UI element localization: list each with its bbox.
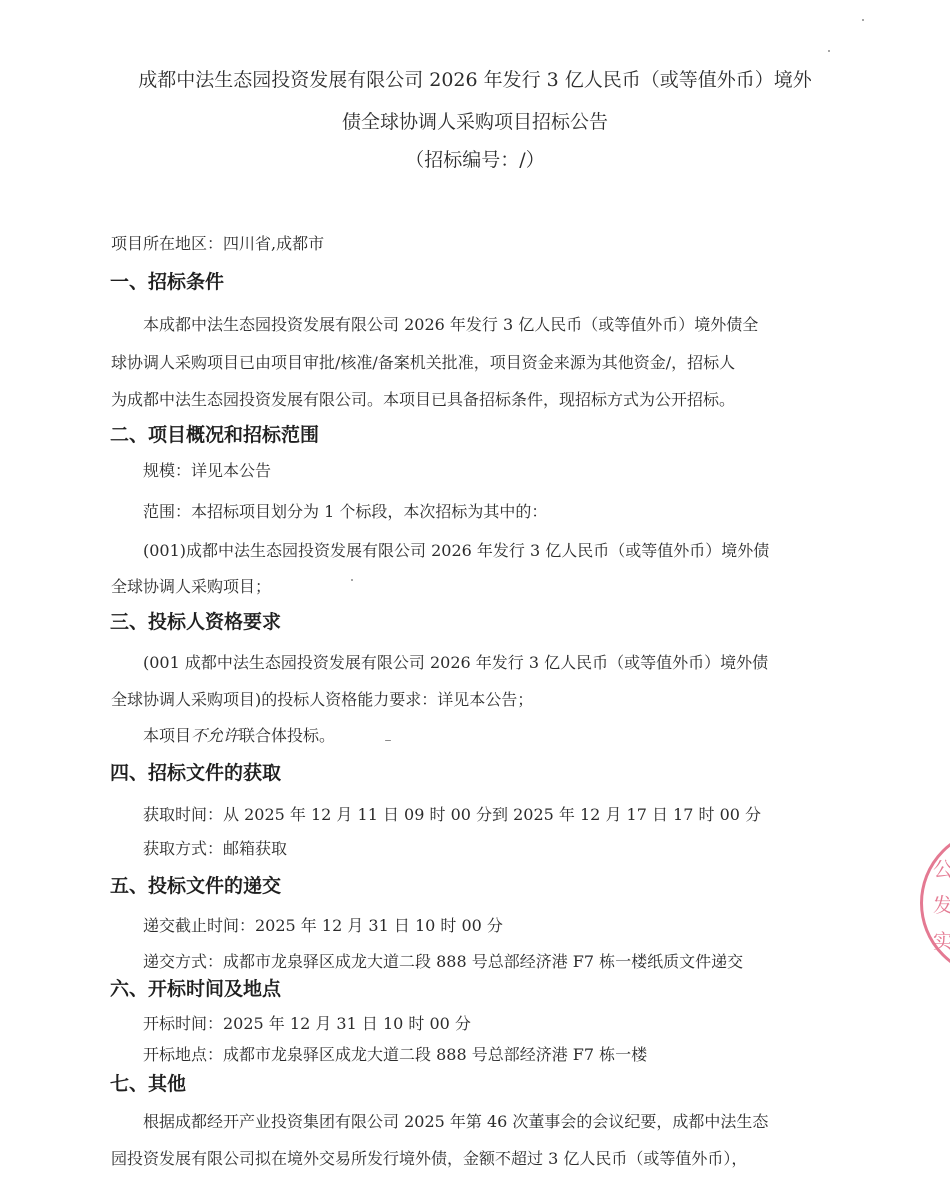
- opening-time: 开标时间：2025 年 12 月 31 日 10 时 00 分: [143, 1013, 471, 1035]
- document-title-line-2: 债全球协调人采购项目招标公告: [0, 110, 950, 134]
- document-title-line-1: 成都中法生态园投资发展有限公司 2026 年发行 3 亿人民币（或等值外币）境外: [0, 68, 950, 92]
- joint-bid-prefix: 本项目: [143, 726, 191, 745]
- section-heading-bid-submission: 五、投标文件的递交: [110, 874, 281, 898]
- scan-speck: [351, 579, 353, 581]
- paragraph-line: 本成都中法生态园投资发展有限公司 2026 年发行 3 亿人民币（或等值外币）境…: [143, 314, 758, 336]
- scan-speck: [828, 50, 830, 52]
- paragraph-line: 园投资发展有限公司拟在境外交易所发行境外债，金额不超过 3 亿人民币（或等值外币…: [111, 1148, 747, 1170]
- opening-location: 开标地点：成都市龙泉驿区成龙大道二段 888 号总部经济港 F7 栋一楼: [143, 1044, 647, 1066]
- paragraph-line: 规模：详见本公告: [143, 460, 271, 482]
- scan-speck: [862, 19, 864, 21]
- paragraph-line: 为成都中法生态园投资发展有限公司。本项目已具备招标条件，现招标方式为公开招标。: [111, 389, 735, 411]
- section-heading-project-overview: 二、项目概况和招标范围: [110, 423, 319, 447]
- tender-number: （招标编号：/）: [0, 148, 950, 172]
- acquisition-method: 获取方式：邮箱获取: [143, 838, 287, 860]
- section-heading-other: 七、其他: [110, 1072, 186, 1096]
- paragraph-line: 根据成都经开产业投资集团有限公司 2025 年第 46 次董事会的会议纪要，成都…: [143, 1111, 768, 1133]
- paragraph-line: 全球协调人采购项目；: [111, 576, 271, 598]
- paragraph-line: 球协调人采购项目已由项目审批/核准/备案机关批准，项目资金来源为其他资金/，招标…: [111, 352, 735, 374]
- section-heading-tender-conditions: 一、招标条件: [110, 270, 224, 294]
- official-seal-stamp: 公 发 实: [920, 828, 950, 978]
- document-page: 成都中法生态园投资发展有限公司 2026 年发行 3 亿人民币（或等值外币）境外…: [0, 0, 950, 1190]
- paragraph-line: 全球协调人采购项目)的投标人资格能力要求：详见本公告；: [111, 689, 533, 711]
- section-heading-bid-opening: 六、开标时间及地点: [110, 977, 281, 1001]
- submission-method: 递交方式：成都市龙泉驿区成龙大道二段 888 号总部经济港 F7 栋一楼纸质文件…: [143, 951, 743, 973]
- joint-bid-suffix: 联合体投标。: [239, 726, 335, 745]
- section-heading-document-acquisition: 四、招标文件的获取: [110, 761, 281, 785]
- paragraph-line: (001)成都中法生态园投资发展有限公司 2026 年发行 3 亿人民币（或等值…: [143, 540, 769, 562]
- submission-deadline: 递交截止时间：2025 年 12 月 31 日 10 时 00 分: [143, 915, 503, 937]
- section-heading-bidder-qualifications: 三、投标人资格要求: [110, 610, 281, 634]
- joint-bid-emphasis: 不允许: [191, 726, 239, 745]
- paragraph-line: (001 成都中法生态园投资发展有限公司 2026 年发行 3 亿人民币（或等值…: [143, 652, 768, 674]
- scan-speck: [385, 740, 391, 741]
- joint-bid-statement: 本项目不允许联合体投标。: [143, 725, 335, 747]
- project-region: 项目所在地区：四川省,成都市: [111, 233, 324, 255]
- acquisition-time: 获取时间：从 2025 年 12 月 11 日 09 时 00 分到 2025 …: [143, 804, 761, 826]
- paragraph-line: 范围：本招标项目划分为 1 个标段，本次招标为其中的：: [143, 501, 547, 523]
- stamp-glyphs: 公 发 实: [933, 851, 950, 959]
